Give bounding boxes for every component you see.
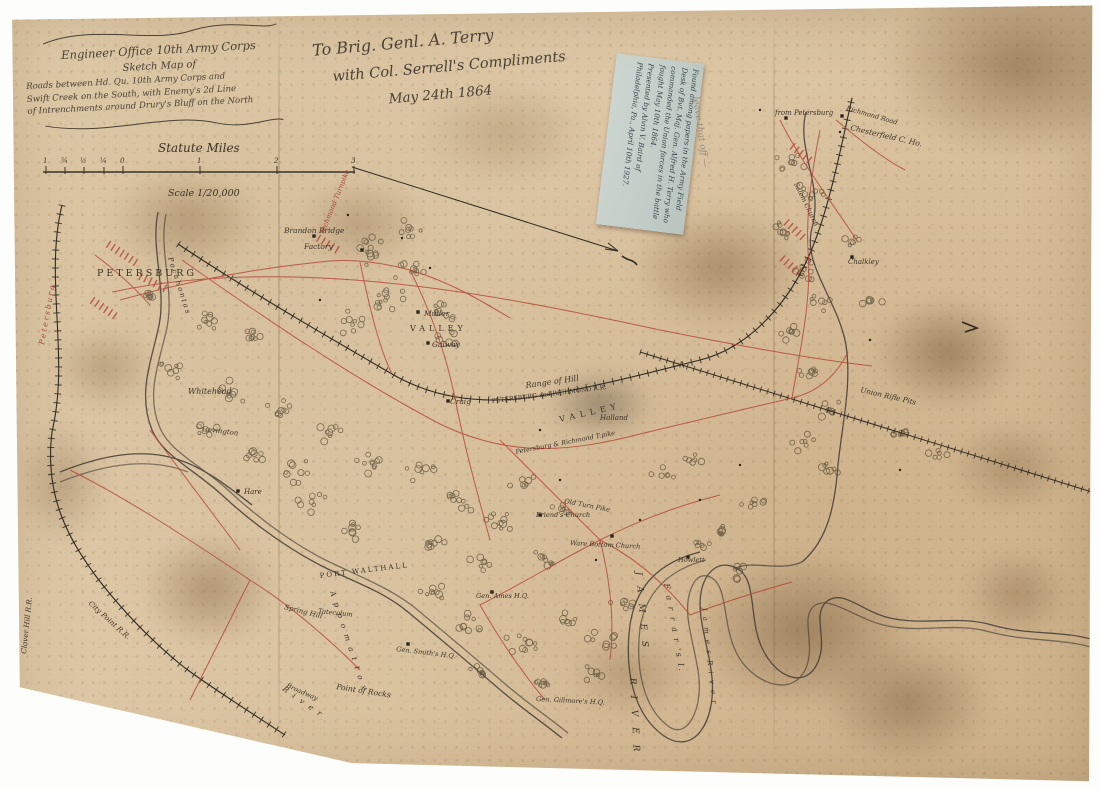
map-sheet: Statute Miles Scale 1/20,000 1 ¾ ½ ¼ 0 1… <box>0 0 1100 790</box>
scanned-map-page: Statute Miles Scale 1/20,000 1 ¾ ½ ¼ 0 1… <box>0 0 1100 790</box>
paper-edge-shading <box>0 0 1100 790</box>
